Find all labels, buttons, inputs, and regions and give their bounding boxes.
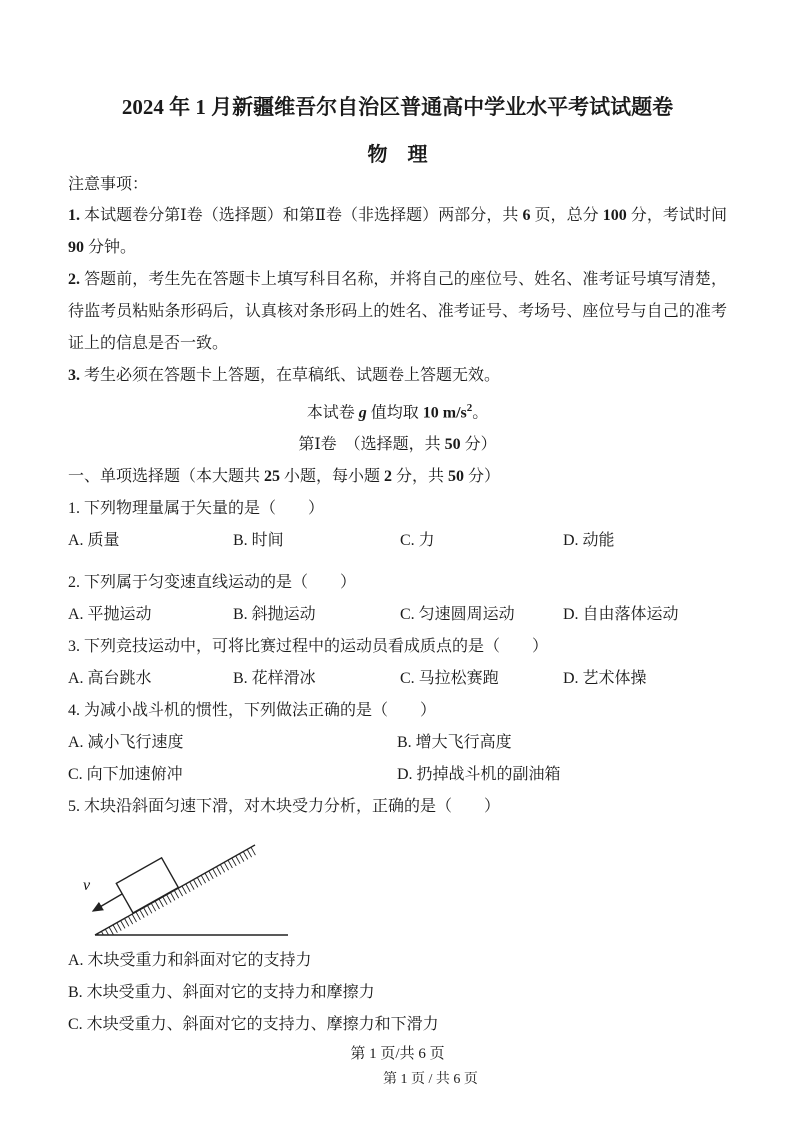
exam-paper-page: 2024 年 1 月新疆维吾尔自治区普通高中学业水平考试试题卷 物 理 注意事项… [0, 0, 793, 1122]
option-b: B. 斜抛运动 [233, 599, 400, 631]
document-page-number: 第 1 页/共 6 页 [68, 1041, 727, 1067]
question-4: 4. 为减小战斗机的惯性，下列做法正确的是（ ） A. 减小飞行速度 B. 增大… [68, 695, 727, 791]
option-d: D. 动能 [563, 525, 727, 557]
velocity-arrow [93, 894, 122, 911]
option-a: A. 减小飞行速度 [68, 727, 397, 759]
question-stem: 3. 下列竞技运动中，可将比赛过程中的运动员看成质点的是（ ） [68, 631, 727, 663]
notice-item-3: 3. 考生必须在答题卡上答题，在草稿纸、试题卷上答题无效。 [68, 360, 727, 392]
option-d: D. 扔掉战斗机的副油箱 [397, 759, 727, 791]
question-2: 2. 下列属于匀变速直线运动的是（ ） A. 平抛运动 B. 斜抛运动 C. 匀… [68, 567, 727, 631]
option-b: B. 增大飞行高度 [397, 727, 727, 759]
option-d: D. 自由落体运动 [563, 599, 727, 631]
volume-heading: 第Ⅰ卷 （选择题，共 50 分） [68, 429, 727, 461]
notice-item-2: 2. 答题前，考生先在答题卡上填写科目名称，并将自己的座位号、姓名、准考证号填写… [68, 264, 727, 360]
question-stem: 1. 下列物理量属于矢量的是（ ） [68, 493, 727, 525]
block-on-incline [116, 858, 178, 913]
g-value-note: 本试卷 g 值均取 10 m/s2。 [68, 392, 727, 429]
option-c: C. 木块受重力、斜面对它的支持力、摩擦力和下滑力 [68, 1009, 727, 1041]
option-a: A. 质量 [68, 525, 233, 557]
page-title: 2024 年 1 月新疆维吾尔自治区普通高中学业水平考试试题卷 [68, 92, 727, 122]
velocity-label: v [83, 877, 91, 894]
option-c: C. 力 [400, 525, 563, 557]
option-c: C. 马拉松赛跑 [400, 663, 563, 695]
option-c: C. 匀速圆周运动 [400, 599, 563, 631]
question-options: A. 平抛运动 B. 斜抛运动 C. 匀速圆周运动 D. 自由落体运动 [68, 599, 727, 631]
option-b: B. 时间 [233, 525, 400, 557]
option-b: B. 木块受重力、斜面对它的支持力和摩擦力 [68, 977, 727, 1009]
question-3: 3. 下列竞技运动中，可将比赛过程中的运动员看成质点的是（ ） A. 高台跳水 … [68, 631, 727, 695]
question-stem: 2. 下列属于匀变速直线运动的是（ ） [68, 567, 727, 599]
question-options: A. 高台跳水 B. 花样滑冰 C. 马拉松赛跑 D. 艺术体操 [68, 663, 727, 695]
notice-heading: 注意事项： [68, 170, 727, 200]
question-options: A. 木块受重力和斜面对它的支持力 B. 木块受重力、斜面对它的支持力和摩擦力 … [68, 945, 727, 1041]
viewer-page-number: 第 1 页 / 共 6 页 [101, 1067, 760, 1093]
question-options: A. 减小飞行速度 B. 增大飞行高度 C. 向下加速俯冲 D. 扔掉战斗机的副… [68, 727, 727, 791]
question-1: 1. 下列物理量属于矢量的是（ ） A. 质量 B. 时间 C. 力 D. 动能 [68, 493, 727, 557]
option-a: A. 木块受重力和斜面对它的支持力 [68, 945, 727, 977]
option-c: C. 向下加速俯冲 [68, 759, 397, 791]
option-d: D. 艺术体操 [563, 663, 727, 695]
option-a: A. 高台跳水 [68, 663, 233, 695]
question-5: 5. 木块沿斜面匀速下滑，对木块受力分析，正确的是（ ） v A. 木块受重力和… [68, 791, 727, 1041]
option-b: B. 花样滑冰 [233, 663, 400, 695]
subject-title: 物 理 [68, 140, 727, 170]
question-stem: 4. 为减小战斗机的惯性，下列做法正确的是（ ） [68, 695, 727, 727]
incline-figure-svg: v [70, 827, 310, 945]
notice-item-1: 1. 本试题卷分第Ⅰ卷（选择题）和第Ⅱ卷（非选择题）两部分，共 6 页，总分 1… [68, 200, 727, 264]
option-a: A. 平抛运动 [68, 599, 233, 631]
part-heading: 一、单项选择题（本大题共 25 小题，每小题 2 分，共 50 分） [68, 461, 727, 493]
notice-section: 注意事项： 1. 本试题卷分第Ⅰ卷（选择题）和第Ⅱ卷（非选择题）两部分，共 6 … [68, 170, 727, 392]
question-options: A. 质量 B. 时间 C. 力 D. 动能 [68, 525, 727, 557]
incline-figure: v [70, 827, 727, 945]
question-stem: 5. 木块沿斜面匀速下滑，对木块受力分析，正确的是（ ） [68, 791, 727, 823]
